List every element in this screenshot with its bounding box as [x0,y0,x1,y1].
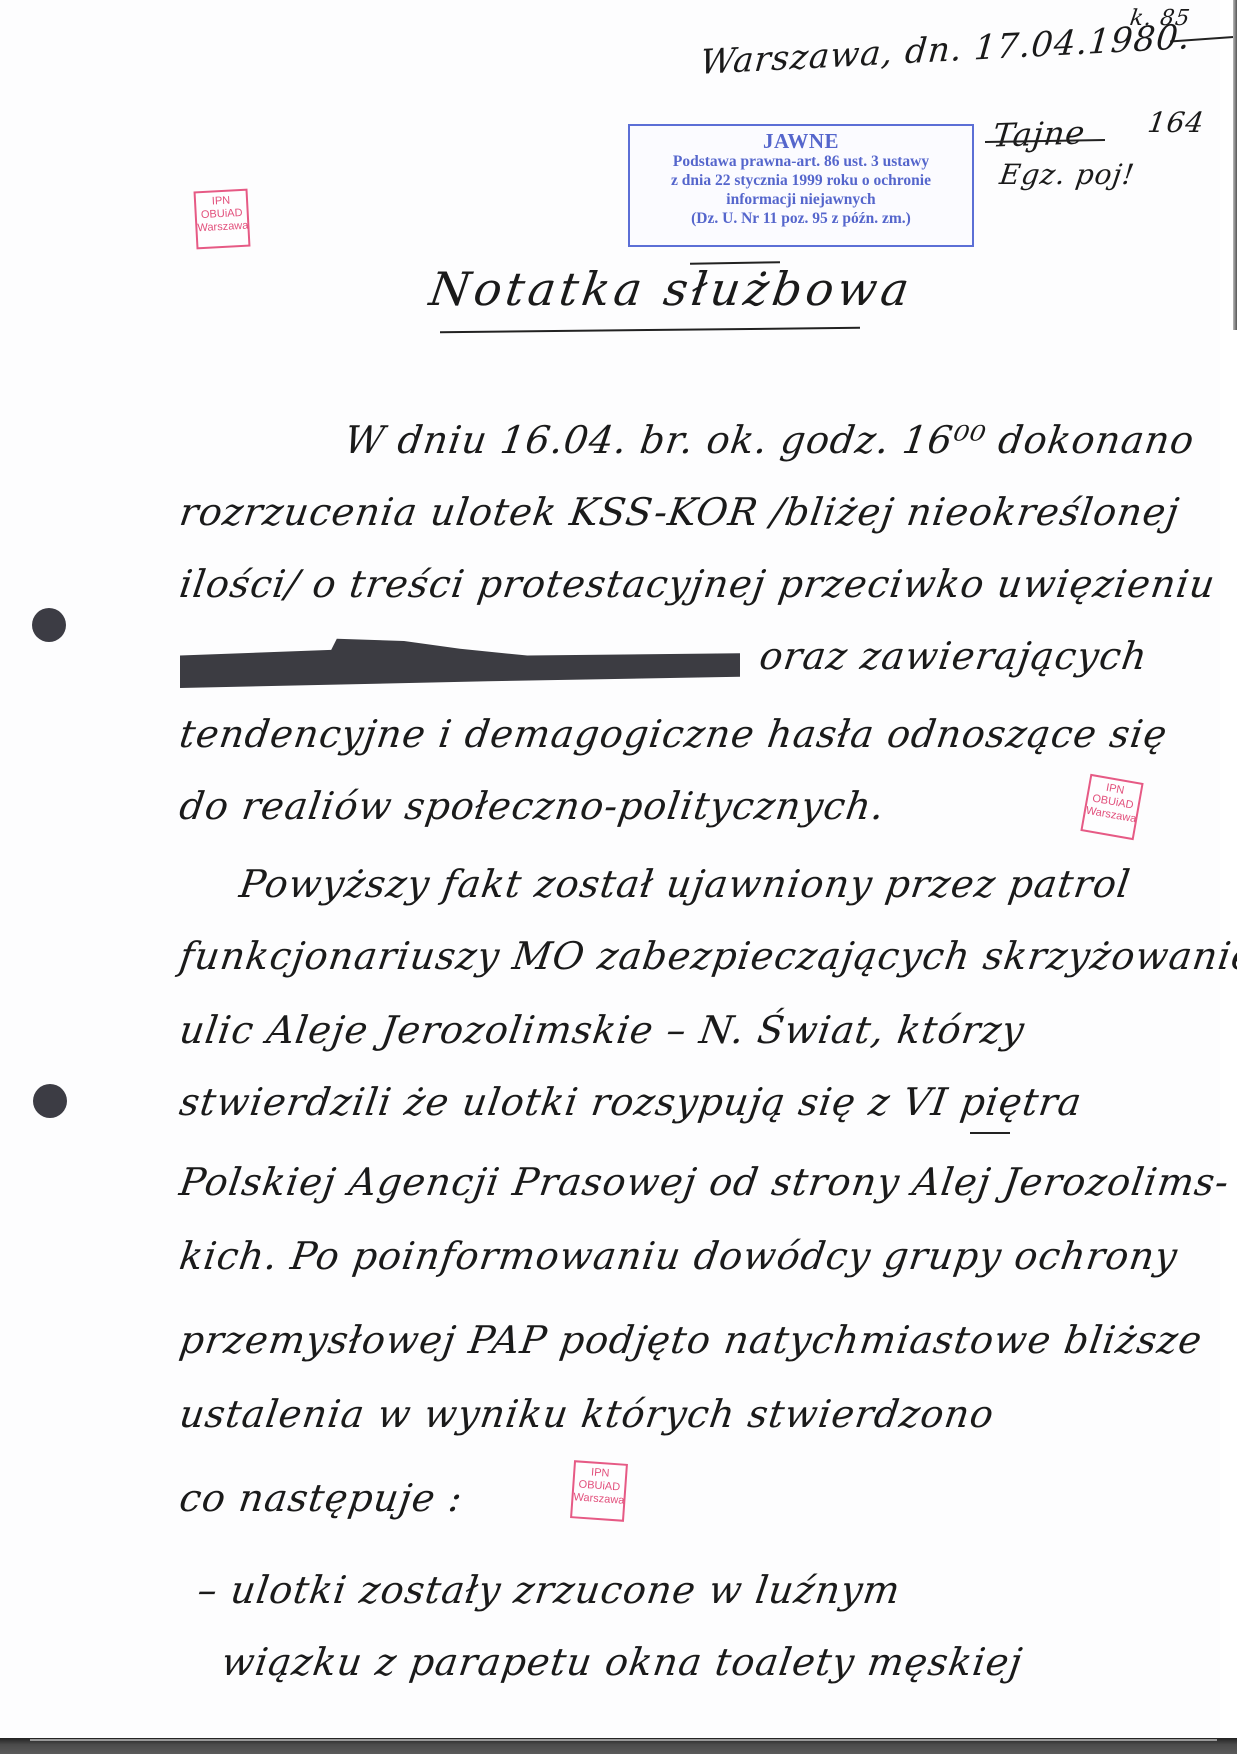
stamp-line: z dnia 22 stycznia 1999 roku o ochronie [630,171,972,190]
body-line-after-redaction: oraz zawierających [757,634,1151,678]
scanned-page: k. 85 Warszawa, dn. 17.04.1980. Tajne 16… [0,0,1220,1740]
declassification-stamp: JAWNE Podstawa prawna-art. 86 ust. 3 ust… [628,124,974,247]
body-line: kich. Po poinformowaniu dowódcy grupy oc… [177,1234,1181,1278]
body-line: funkcjonariuszy MO zabezpieczających skr… [177,934,1237,978]
body-line: – ulotki zostały zrzucone w luźnym [195,1568,904,1612]
body-line: W dniu 16.04. br. ok. godz. 16⁰⁰ dokonan… [342,418,1198,462]
stamp-text: Warszawa [197,220,248,236]
place-and-date: Warszawa, dn. 17.04.1980. [699,17,1193,83]
folio-number: 164 [1146,106,1207,139]
body-line: rozrzucenia ulotek KSS-KOR /bliżej nieok… [177,490,1182,534]
body-line: ilości/ o treści protestacyjnej przeciwk… [177,562,1218,606]
ipn-archive-stamp: IPN OBUiAD Warszawa [194,189,251,250]
redaction-bar [180,632,740,688]
ipn-archive-stamp: IPN OBUiAD Warszawa [570,1460,628,1522]
title-underline [440,327,860,333]
stamp-text: Warszawa [573,1491,624,1507]
body-line: Polskiej Agencji Prasowej od strony Alej… [177,1160,1232,1204]
body-line: ustalenia w wyniku których stwierdzono [177,1392,997,1436]
scan-edge-right [1233,0,1237,330]
body-line: stwierdzili że ulotki rozsypują się z VI… [177,1080,1085,1124]
underline-mark [970,1132,1010,1134]
document-title: Notatka służbowa [426,262,916,316]
body-line: tendencyjne i demagogiczne hasła odnoszą… [177,712,1170,756]
hole-punch-mark [32,608,66,642]
body-line: ulic Aleje Jerozolimskie – N. Świat, któ… [177,1008,1028,1052]
scan-edge-bottom [0,1738,1237,1754]
body-line: Powyższy fakt został ujawniony przez pat… [237,862,1134,906]
stamp-line: informacji niejawnych [630,190,972,209]
stamp-line: (Dz. U. Nr 11 poz. 95 z późn. zm.) [630,209,972,228]
stamp-line: Podstawa prawna-art. 86 ust. 3 ustawy [630,152,972,171]
ipn-archive-stamp: IPN OBUiAD Warszawa [1080,774,1143,840]
stamp-title: JAWNE [630,130,972,152]
body-line: wiązku z parapetu okna toalety męskiej [219,1640,1026,1684]
body-line: przemysłowej PAP podjęto natychmiastowe … [177,1318,1205,1362]
hole-punch-mark [33,1084,67,1118]
copy-note: Egz. poj! [998,158,1137,191]
body-line: do realiów społeczno-politycznych. [177,784,888,828]
body-line: co następuje : [177,1476,466,1520]
classification-label: Tajne [991,113,1087,154]
